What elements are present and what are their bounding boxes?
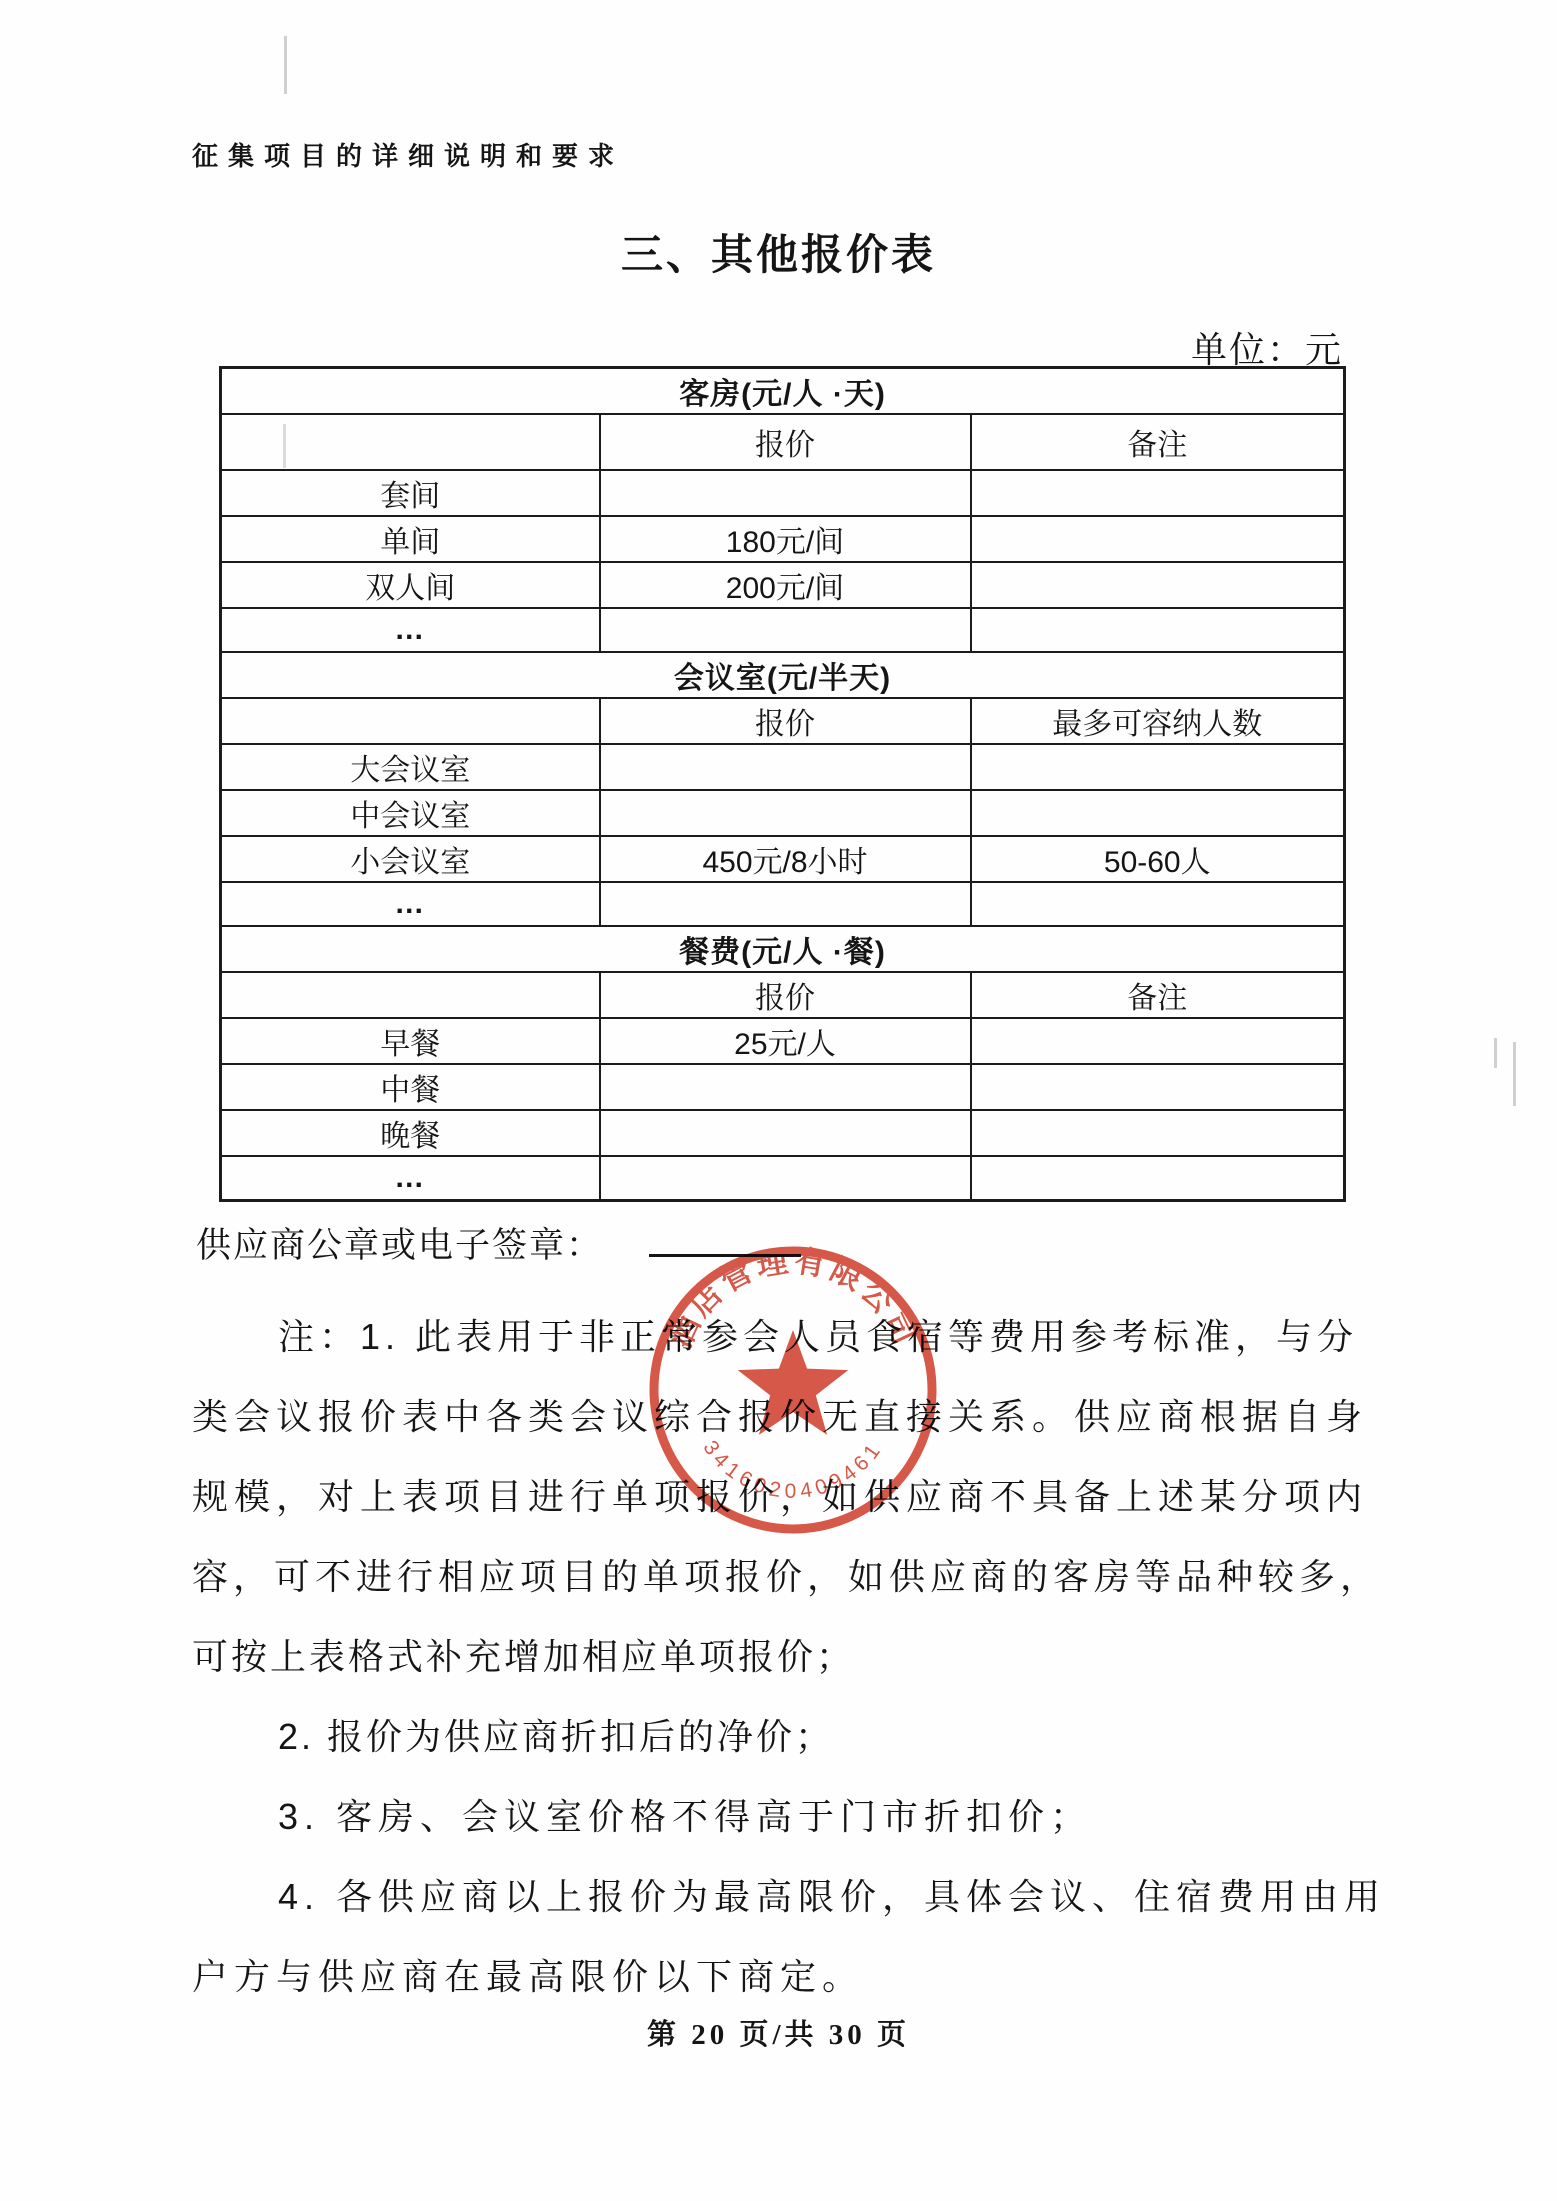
row-label: … — [221, 1156, 600, 1200]
notes-block: 注：1. 此表用于非正常参会人员食宿等费用参考标准，与分 类会议报价表中各类会议… — [192, 1294, 1388, 2014]
scan-artifact — [284, 36, 287, 94]
signature-blank-line — [649, 1224, 801, 1257]
scan-artifact — [1494, 1038, 1497, 1068]
row-single-room: 单间 180元/间 — [221, 516, 1345, 562]
note-cell — [971, 470, 1345, 516]
note-line: 可按上表格式补充增加相应单项报价； — [192, 1614, 1388, 1694]
empty-header-cell — [221, 698, 600, 744]
note-line: 注：1. 此表用于非正常参会人员食宿等费用参考标准，与分 — [192, 1294, 1388, 1374]
capacity-column-header: 最多可容纳人数 — [971, 698, 1345, 744]
price-cell: 200元/间 — [600, 562, 971, 608]
price-cell — [600, 744, 971, 790]
price-cell — [600, 1110, 971, 1156]
row-lunch: 中餐 — [221, 1064, 1345, 1110]
row-ellipsis: … — [221, 882, 1345, 926]
page-title: 征集项目的详细说明和要求 — [192, 136, 624, 173]
quotation-table: 客房(元/人 ·天) 报价 备注 套间 单间 180元/间 双人间 200元/间… — [219, 366, 1346, 1202]
row-label: 大会议室 — [221, 744, 600, 790]
column-header-row: 报价 备注 — [221, 972, 1345, 1018]
price-cell: 25元/人 — [600, 1018, 971, 1064]
row-double-room: 双人间 200元/间 — [221, 562, 1345, 608]
row-label: 早餐 — [221, 1018, 600, 1064]
row-label: 中餐 — [221, 1064, 600, 1110]
note-cell — [971, 1064, 1345, 1110]
row-label: 晚餐 — [221, 1110, 600, 1156]
price-column-header: 报价 — [600, 972, 971, 1018]
row-ellipsis: … — [221, 608, 1345, 652]
note-line: 2. 报价为供应商折扣后的净价； — [192, 1694, 1388, 1774]
page-number-footer: 第 20 页/共 30 页 — [0, 2012, 1557, 2053]
scan-artifact — [1513, 1042, 1516, 1106]
note-cell — [971, 608, 1345, 652]
row-medium-meeting-room: 中会议室 — [221, 790, 1345, 836]
section-header-meeting-rooms: 会议室(元/半天) — [221, 652, 1345, 698]
price-cell: 180元/间 — [600, 516, 971, 562]
price-cell — [600, 790, 971, 836]
note-cell — [971, 1018, 1345, 1064]
price-cell — [600, 1156, 971, 1200]
row-label: … — [221, 882, 600, 926]
price-cell — [600, 882, 971, 926]
note-line: 3. 客房、会议室价格不得高于门市折扣价； — [192, 1774, 1388, 1854]
note-column-header: 备注 — [971, 414, 1345, 470]
price-column-header: 报价 — [600, 698, 971, 744]
price-cell — [600, 1064, 971, 1110]
row-breakfast: 早餐 25元/人 — [221, 1018, 1345, 1064]
row-label: 小会议室 — [221, 836, 600, 882]
note-cell — [971, 790, 1345, 836]
row-label: 单间 — [221, 516, 600, 562]
section-header-rooms: 客房(元/人 ·天) — [221, 368, 1345, 415]
section-title-rooms: 客房(元/人 ·天) — [221, 368, 1345, 415]
note-line: 规模，对上表项目进行单项报价，如供应商不具备上述某分项内 — [192, 1454, 1388, 1534]
row-large-meeting-room: 大会议室 — [221, 744, 1345, 790]
signature-label: 供应商公章或电子签章： — [196, 1226, 603, 1265]
row-label: 双人间 — [221, 562, 600, 608]
capacity-cell: 50-60人 — [971, 836, 1345, 882]
column-header-row: 报价 最多可容纳人数 — [221, 698, 1345, 744]
row-label: … — [221, 608, 600, 652]
row-label: 中会议室 — [221, 790, 600, 836]
empty-header-cell — [221, 972, 600, 1018]
row-ellipsis: … — [221, 1156, 1345, 1200]
note-line: 户方与供应商在最高限价以下商定。 — [192, 1934, 1388, 2014]
empty-header-cell — [221, 414, 600, 470]
note-cell — [971, 1156, 1345, 1200]
note-cell — [971, 562, 1345, 608]
section-title-meeting-rooms: 会议室(元/半天) — [221, 652, 1345, 698]
note-line: 容，可不进行相应项目的单项报价，如供应商的客房等品种较多， — [192, 1534, 1388, 1614]
note-line: 类会议报价表中各类会议综合报价无直接关系。供应商根据自身 — [192, 1374, 1388, 1454]
price-column-header: 报价 — [600, 414, 971, 470]
column-header-row: 报价 备注 — [221, 414, 1345, 470]
row-label: 套间 — [221, 470, 600, 516]
row-small-meeting-room: 小会议室 450元/8小时 50-60人 — [221, 836, 1345, 882]
signature-row: 供应商公章或电子签章： — [196, 1218, 801, 1268]
price-cell — [600, 608, 971, 652]
note-cell — [971, 744, 1345, 790]
scan-artifact — [283, 424, 286, 468]
price-cell — [600, 470, 971, 516]
row-dinner: 晚餐 — [221, 1110, 1345, 1156]
row-suite: 套间 — [221, 470, 1345, 516]
section-title: 三、其他报价表 — [0, 222, 1557, 282]
note-cell — [971, 516, 1345, 562]
section-title-meals: 餐费(元/人 ·餐) — [221, 926, 1345, 972]
note-cell — [971, 1110, 1345, 1156]
note-line: 4. 各供应商以上报价为最高限价，具体会议、住宿费用由用 — [192, 1854, 1388, 1934]
note-cell — [971, 882, 1345, 926]
note-column-header: 备注 — [971, 972, 1345, 1018]
section-header-meals: 餐费(元/人 ·餐) — [221, 926, 1345, 972]
document-page: 征集项目的详细说明和要求 三、其他报价表 单位：元 客房(元/人 ·天) 报价 … — [0, 0, 1557, 2201]
price-cell: 450元/8小时 — [600, 836, 971, 882]
